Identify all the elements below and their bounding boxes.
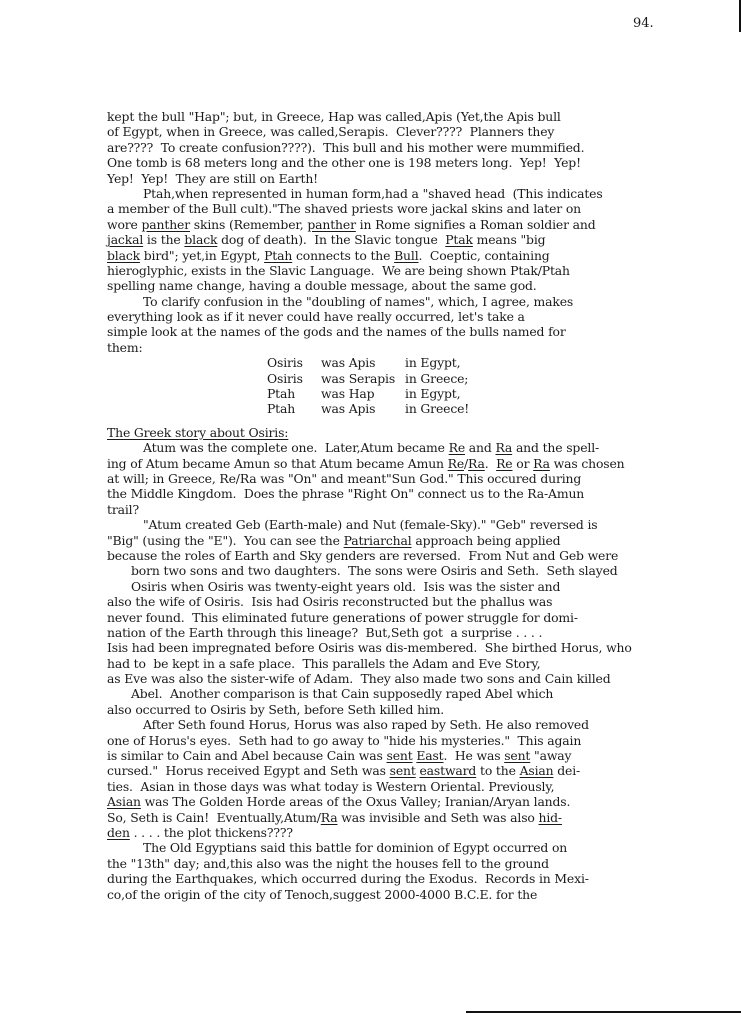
place: in Egypt, xyxy=(405,386,505,401)
text-line: Asian was The Golden Horde areas of the … xyxy=(107,794,692,809)
text-line: Osiris when Osiris was twenty-eight year… xyxy=(107,579,692,594)
place: in Greece! xyxy=(405,401,505,416)
paragraph-clarify: To clarify confusion in the "doubling of… xyxy=(107,294,692,356)
god-name: Osiris xyxy=(267,355,321,370)
bull-name: was Hap xyxy=(321,386,405,401)
text-line: ing of Atum became Amun so that Atum bec… xyxy=(107,456,692,471)
text-line: To clarify confusion in the "doubling of… xyxy=(107,294,692,309)
scan-bottom-rule xyxy=(466,1011,741,1013)
paragraph-apis: kept the bull "Hap"; but, in Greece, Hap… xyxy=(107,109,692,186)
paragraph-ptah: Ptah,when represented in human form,had … xyxy=(107,186,692,294)
text-line: "Atum created Geb (Earth-male) and Nut (… xyxy=(107,517,692,532)
text-line: also the wife of Osiris. Isis had Osiris… xyxy=(107,594,692,609)
place: in Greece; xyxy=(405,371,505,386)
text-line: nation of the Earth through this lineage… xyxy=(107,625,692,640)
text-line: also occurred to Osiris by Seth, before … xyxy=(107,702,692,717)
spacer xyxy=(107,417,692,425)
text-line: hieroglyphic, exists in the Slavic Langu… xyxy=(107,263,692,278)
text-line: black bird"; yet,in Egypt, Ptah connects… xyxy=(107,248,692,263)
god-name: Ptah xyxy=(267,401,321,416)
text-line: wore panther skins (Remember, panther in… xyxy=(107,217,692,232)
text-line: are???? To create confusion????). This b… xyxy=(107,140,692,155)
bull-name: was Serapis xyxy=(321,371,405,386)
place: in Egypt, xyxy=(405,355,505,370)
text-line: them: xyxy=(107,340,692,355)
text-line: of Egypt, when in Greece, was called,Ser… xyxy=(107,124,692,139)
text-line: the "13th" day; and,this also was the ni… xyxy=(107,856,692,871)
document-page: 94. kept the bull "Hap"; but, in Greece,… xyxy=(0,0,741,1014)
text-line: Abel. Another comparison is that Cain su… xyxy=(107,686,692,701)
text-line: Atum was the complete one. Later,Atum be… xyxy=(107,440,692,455)
text-line: So, Seth is Cain! Eventually,Atum/Ra was… xyxy=(107,810,692,825)
bull-name: was Apis xyxy=(321,355,405,370)
text-line: had to be kept in a safe place. This par… xyxy=(107,656,692,671)
name-table: Osiris was Apis in Egypt, Osiris was Ser… xyxy=(267,355,692,417)
text-line: a member of the Bull cult)."The shaved p… xyxy=(107,201,692,216)
text-line: kept the bull "Hap"; but, in Greece, Hap… xyxy=(107,109,692,124)
text-line: After Seth found Horus, Horus was also r… xyxy=(107,717,692,732)
name-table-row: Osiris was Serapis in Greece; xyxy=(267,371,692,386)
paragraph-old-egyptians: The Old Egyptians said this battle for d… xyxy=(107,840,692,902)
text-line: co,of the origin of the city of Tenoch,s… xyxy=(107,887,692,902)
section-heading: The Greek story about Osiris: xyxy=(107,425,692,440)
god-name: Osiris xyxy=(267,371,321,386)
text-line: Yep! Yep! They are still on Earth! xyxy=(107,171,692,186)
name-table-row: Ptah was Apis in Greece! xyxy=(267,401,692,416)
text-line: "Big" (using the "E"). You can see the P… xyxy=(107,533,692,548)
name-table-row: Osiris was Apis in Egypt, xyxy=(267,355,692,370)
text-line: as Eve was also the sister-wife of Adam.… xyxy=(107,671,692,686)
text-line: jackal is the black dog of death). In th… xyxy=(107,232,692,247)
text-line: The Old Egyptians said this battle for d… xyxy=(107,840,692,855)
text-line: is similar to Cain and Abel because Cain… xyxy=(107,748,692,763)
text-line: One tomb is 68 meters long and the other… xyxy=(107,155,692,170)
text-line: because the roles of Earth and Sky gende… xyxy=(107,548,692,563)
text-line: Isis had been impregnated before Osiris … xyxy=(107,640,692,655)
bull-name: was Apis xyxy=(321,401,405,416)
body-text: kept the bull "Hap"; but, in Greece, Hap… xyxy=(107,109,692,902)
text-line: at will; in Greece, Re/Ra was "On" and m… xyxy=(107,471,692,486)
text-line: spelling name change, having a double me… xyxy=(107,278,692,293)
text-line: the Middle Kingdom. Does the phrase "Rig… xyxy=(107,486,692,501)
text-line: den . . . . the plot thickens???? xyxy=(107,825,692,840)
god-name: Ptah xyxy=(267,386,321,401)
text-line: simple look at the names of the gods and… xyxy=(107,324,692,339)
text-line: everything look as if it never could hav… xyxy=(107,309,692,324)
paragraph-geb: "Atum created Geb (Earth-male) and Nut (… xyxy=(107,517,692,717)
name-table-row: Ptah was Hap in Egypt, xyxy=(267,386,692,401)
text-line: during the Earthquakes, which occurred d… xyxy=(107,871,692,886)
text-line: never found. This eliminated future gene… xyxy=(107,610,692,625)
text-line: one of Horus's eyes. Seth had to go away… xyxy=(107,733,692,748)
text-line: trail? xyxy=(107,502,692,517)
paragraph-atum: Atum was the complete one. Later,Atum be… xyxy=(107,440,692,517)
page-number: 94. xyxy=(633,16,654,31)
paragraph-horus: After Seth found Horus, Horus was also r… xyxy=(107,717,692,840)
text-line: cursed." Horus received Egypt and Seth w… xyxy=(107,763,692,778)
text-line: ties. Asian in those days was what today… xyxy=(107,779,692,794)
text-line: Ptah,when represented in human form,had … xyxy=(107,186,692,201)
text-line: born two sons and two daughters. The son… xyxy=(107,563,692,578)
